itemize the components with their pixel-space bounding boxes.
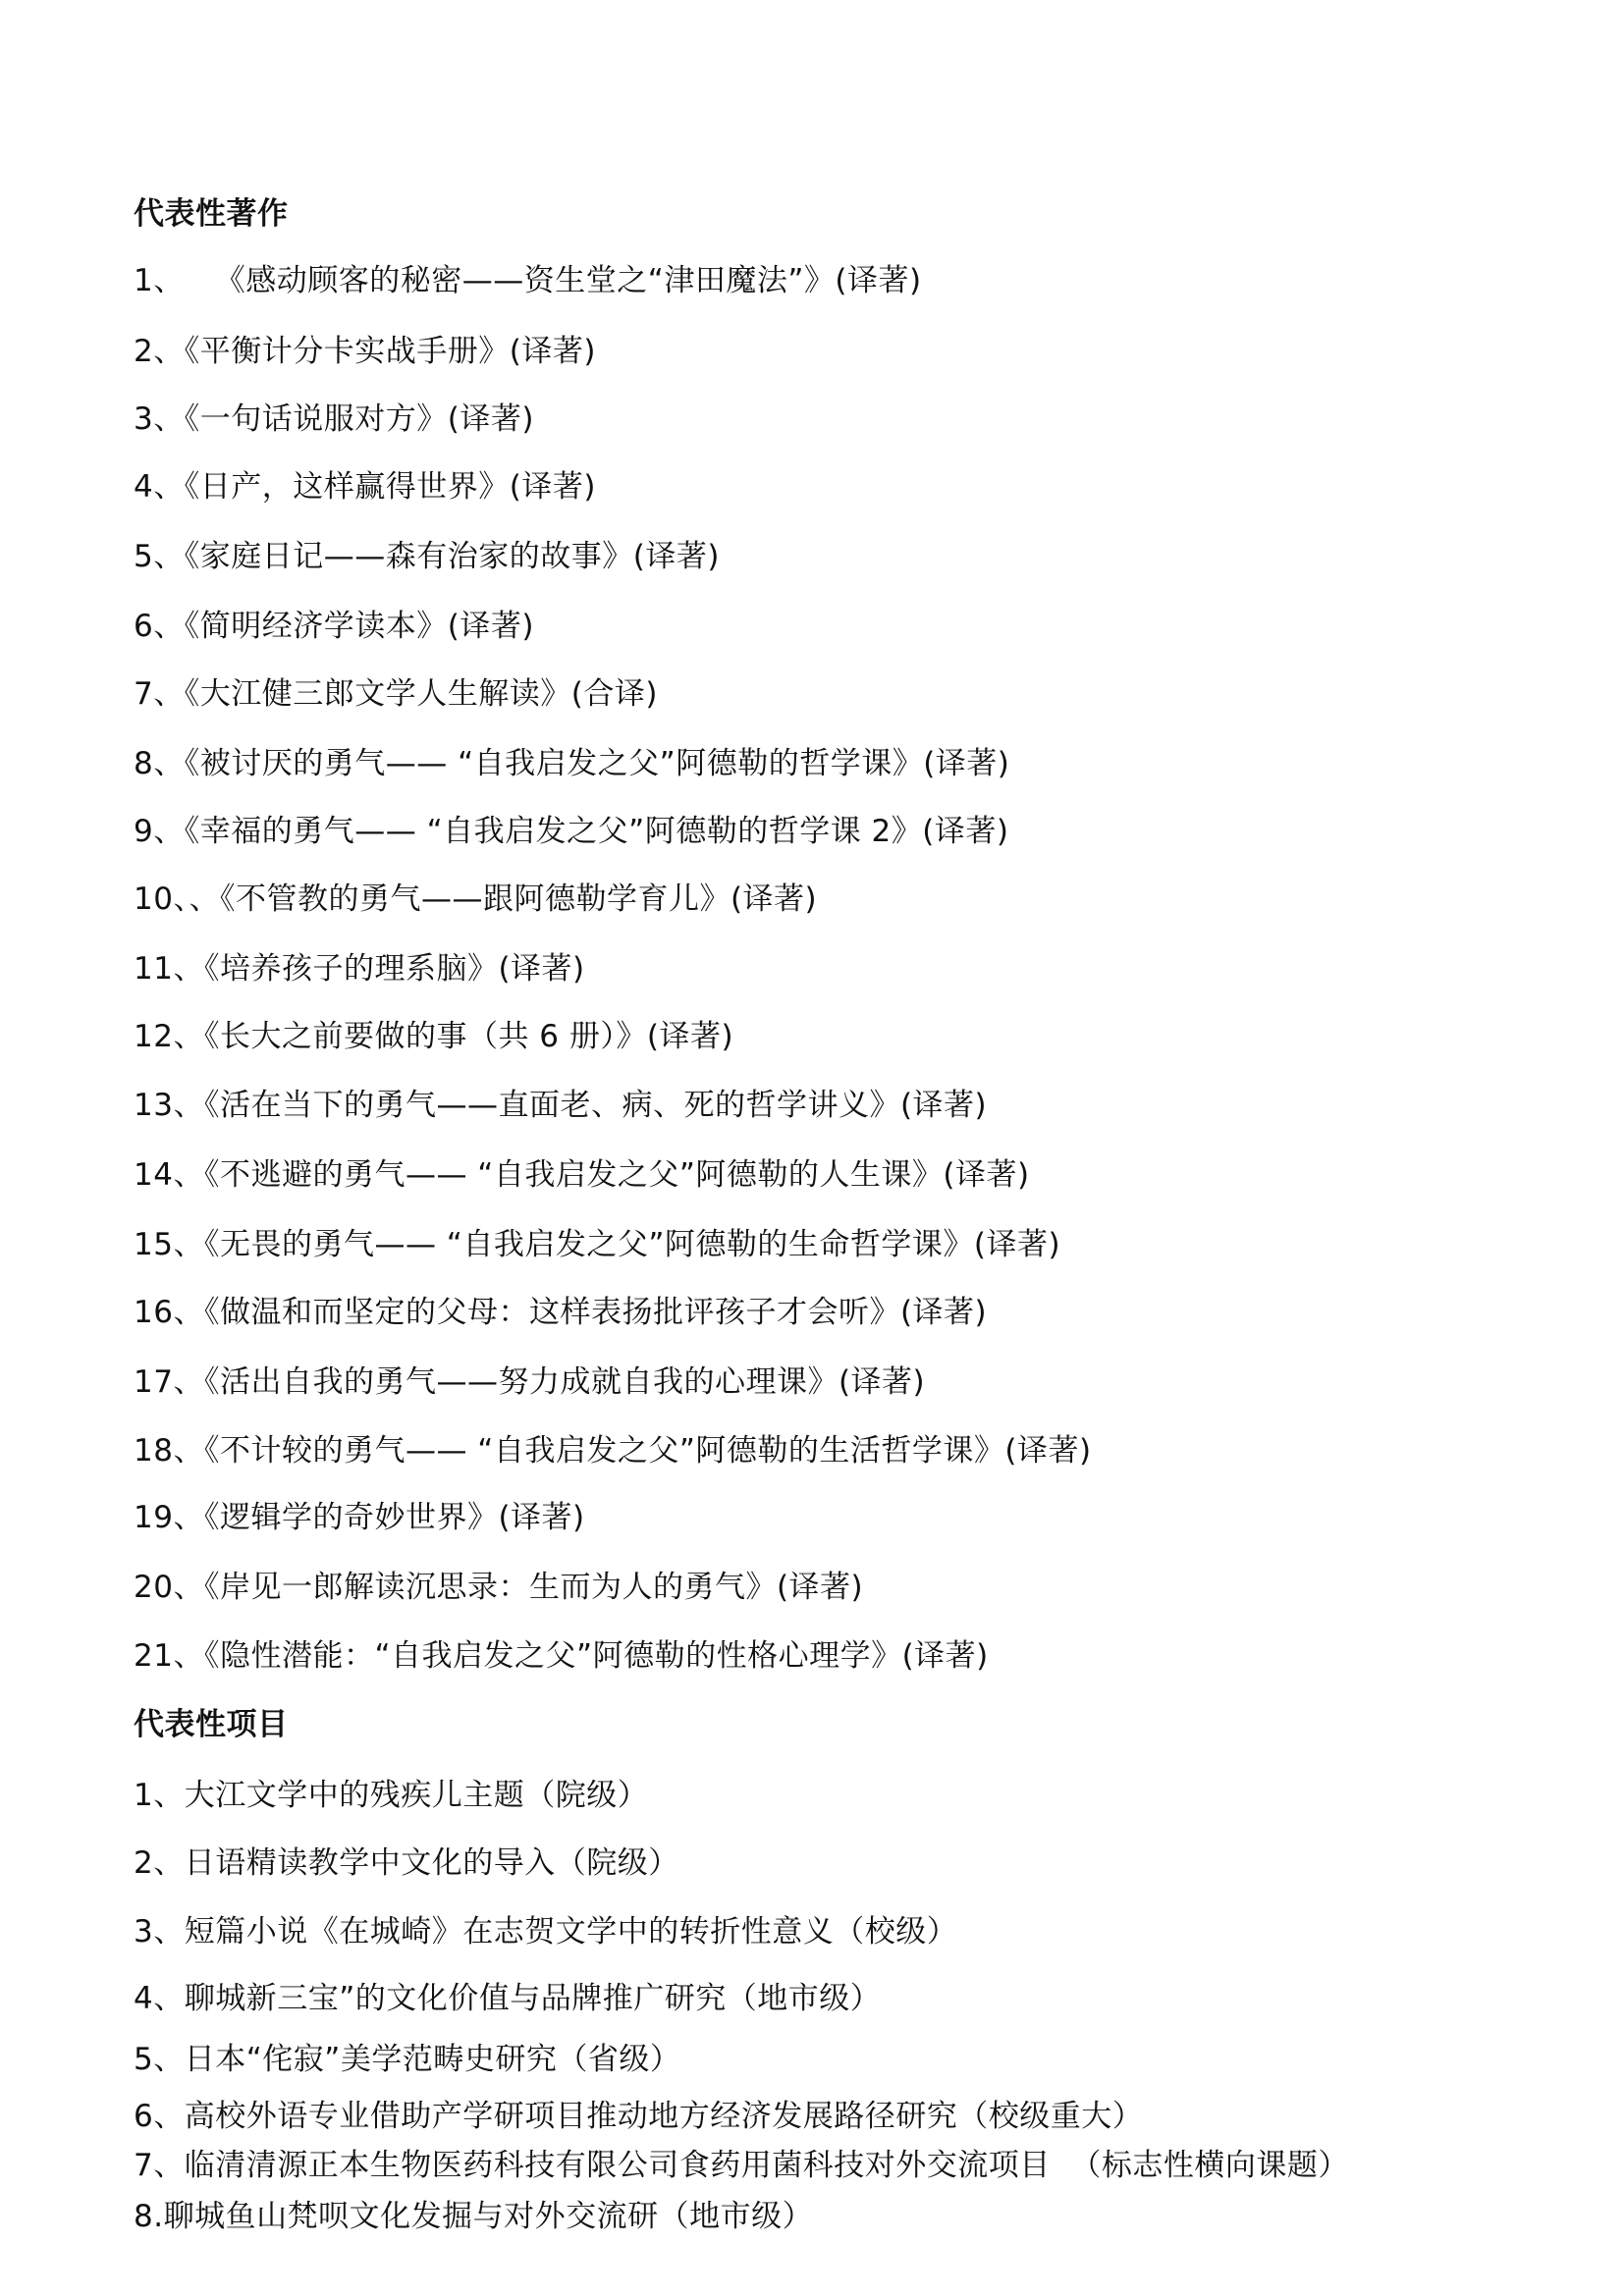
document-page: 代表性著作 1、 《感动顾客的秘密——资生堂之“津田魔法”》(译著) 2、《平衡…: [0, 0, 1624, 2296]
works-item: 3、《一句话说服对方》(译著): [134, 400, 534, 439]
works-item: 16、《做温和而坚定的父母：这样表扬批评孩子才会听》(译著): [134, 1293, 987, 1332]
works-item: 1、 《感动顾客的秘密——资生堂之“津田魔法”》(译著): [134, 261, 922, 300]
works-item: 9、《幸福的勇气—— “自我启发之父”阿德勒的哲学课 2》(译著): [134, 812, 1008, 851]
project-item: 5、日本“侘寂”美学范畴史研究（省级）: [134, 2040, 680, 2079]
works-item: 21、《隐性潜能：“自我启发之父”阿德勒的性格心理学》(译著): [134, 1636, 989, 1676]
works-item: 5、《家庭日记——森有治家的故事》(译著): [134, 537, 720, 576]
works-item: 18、《不计较的勇气—— “自我启发之父”阿德勒的生活哲学课》(译著): [134, 1431, 1092, 1470]
works-item: 19、《逻辑学的奇妙世界》(译著): [134, 1498, 585, 1537]
works-item: 17、《活出自我的勇气——努力成就自我的心理课》(译著): [134, 1362, 925, 1402]
project-item: 7、临清清源正本生物医药科技有限公司食药用菌科技对外交流项目 （标志性横向课题）: [134, 2146, 1349, 2185]
project-item: 4、聊城新三宝”的文化价值与品牌推广研究（地市级）: [134, 1979, 881, 2018]
project-item: 2、日语精读教学中文化的导入（院级）: [134, 1843, 679, 1883]
works-item: 15、《无畏的勇气—— “自我启发之父”阿德勒的生命哲学课》(译著): [134, 1225, 1060, 1264]
project-item: 6、高校外语专业借助产学研项目推动地方经济发展路径研究（校级重大）: [134, 2097, 1143, 2136]
section-heading-works: 代表性著作: [134, 194, 289, 234]
works-item: 8、《被讨厌的勇气—— “自我启发之父”阿德勒的哲学课》(译著): [134, 744, 1009, 783]
project-item: 3、短篇小说《在城崎》在志贺文学中的转折性意义（校级）: [134, 1912, 957, 1951]
project-item: 1、大江文学中的残疾儿主题（院级）: [134, 1776, 648, 1815]
section-heading-projects: 代表性项目: [134, 1705, 289, 1744]
works-item: 7、《大江健三郎文学人生解读》(合译): [134, 674, 658, 714]
works-item: 2、《平衡计分卡实战手册》(译著): [134, 332, 596, 371]
works-item: 14、《不逃避的勇气—— “自我启发之父”阿德勒的人生课》(译著): [134, 1155, 1030, 1195]
works-item: 6、《简明经济学读本》(译著): [134, 607, 534, 646]
works-item: 4、《日产，这样赢得世界》(译著): [134, 467, 596, 507]
works-item: 11、《培养孩子的理系脑》(译著): [134, 949, 585, 988]
works-item: 12、《长大之前要做的事（共 6 册）》(译著): [134, 1017, 733, 1056]
works-item: 10、、《不管教的勇气——跟阿德勒学育儿》(译著): [134, 880, 817, 919]
works-item: 20、《岸见一郎解读沉思录：生而为人的勇气》(译著): [134, 1568, 863, 1607]
works-item: 13、《活在当下的勇气——直面老、病、死的哲学讲义》(译著): [134, 1086, 987, 1125]
project-item: 8.聊城鱼山梵呗文化发掘与对外交流研（地市级）: [134, 2197, 813, 2236]
